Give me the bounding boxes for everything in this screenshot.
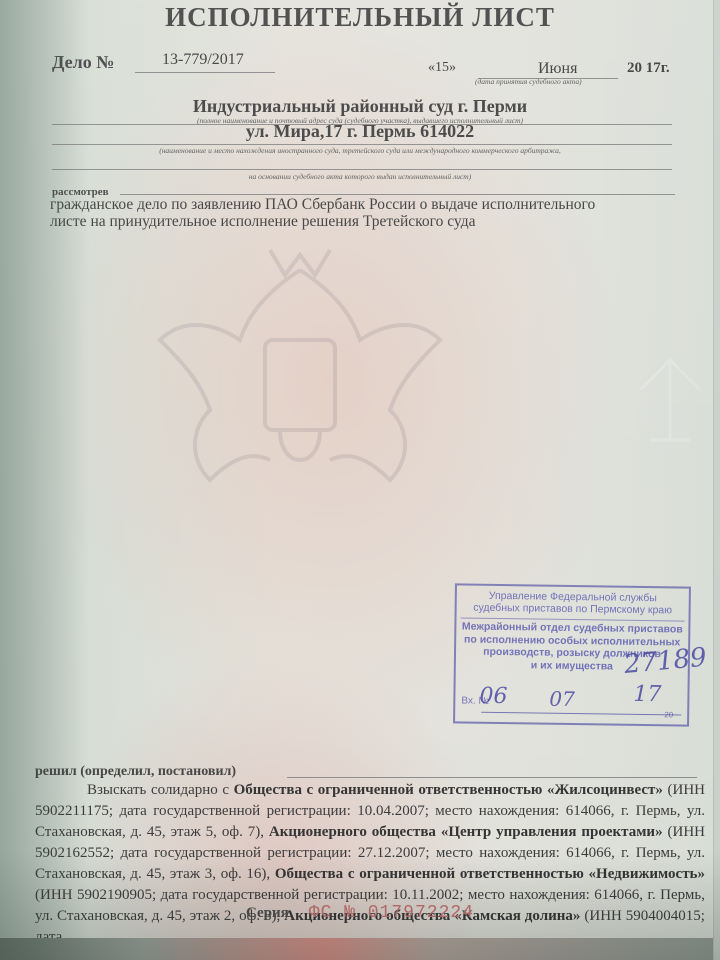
date-caption: (дата принятия судебного акта) [475, 77, 582, 86]
series-number: ФС № 017972224 [309, 903, 474, 923]
date-month: Июня [538, 60, 577, 78]
handwritten-year: 17 [633, 682, 661, 707]
handwritten-month: 07 [549, 687, 575, 711]
date-year: 20 17г. [627, 60, 670, 77]
scales-watermark [630, 330, 710, 480]
considered-text-line2: листе на принудительное исполнение решен… [50, 213, 690, 230]
coat-of-arms-watermark [150, 230, 450, 530]
court-name: Индустриальный районный суд г. Перми [0, 96, 720, 117]
stamp-underline [481, 712, 681, 716]
basis-underline [52, 169, 672, 170]
case-label: Дело № [52, 52, 114, 73]
date-day: «15» [428, 60, 456, 76]
handwritten-number: 27189 [623, 643, 708, 680]
stamp-line2: судебных приставов по Пермскому краю [457, 601, 689, 616]
address-underline [52, 144, 672, 145]
debtor-2: Акционерного общества «Центр управления … [269, 824, 663, 840]
considered-underline [120, 194, 675, 195]
considered-text-line1: гражданское дело по заявлению ПАО Сберба… [50, 196, 690, 213]
decision-underline [287, 777, 697, 778]
page-right-edge [713, 0, 720, 960]
bailiff-stamp: Управление Федеральной службы судебных п… [453, 583, 691, 726]
decision-intro: Взыскать солидарно с [35, 782, 234, 798]
handwritten-day: 06 [479, 684, 507, 709]
debtor-1: Общества с ограниченной ответственностью… [234, 782, 663, 798]
document-title: ИСПОЛНИТЕЛЬНЫЙ ЛИСТ [0, 2, 720, 33]
case-number: 13-779/2017 [162, 51, 244, 69]
page-bottom-edge [0, 938, 720, 960]
debtor-3: Общества с ограниченной ответственностью… [275, 866, 705, 882]
series-label: Серия [246, 905, 289, 921]
decision-label: решил (определил, постановил) [35, 764, 236, 780]
address-caption: (наименование и место нахождения иностра… [0, 146, 720, 155]
series-block: Серия ФС № 017972224 [0, 903, 720, 923]
basis-caption: на основании судебного акта которого выд… [0, 172, 720, 181]
case-underline [135, 72, 275, 73]
court-address: ул. Мира,17 г. Пермь 614022 [0, 121, 720, 142]
